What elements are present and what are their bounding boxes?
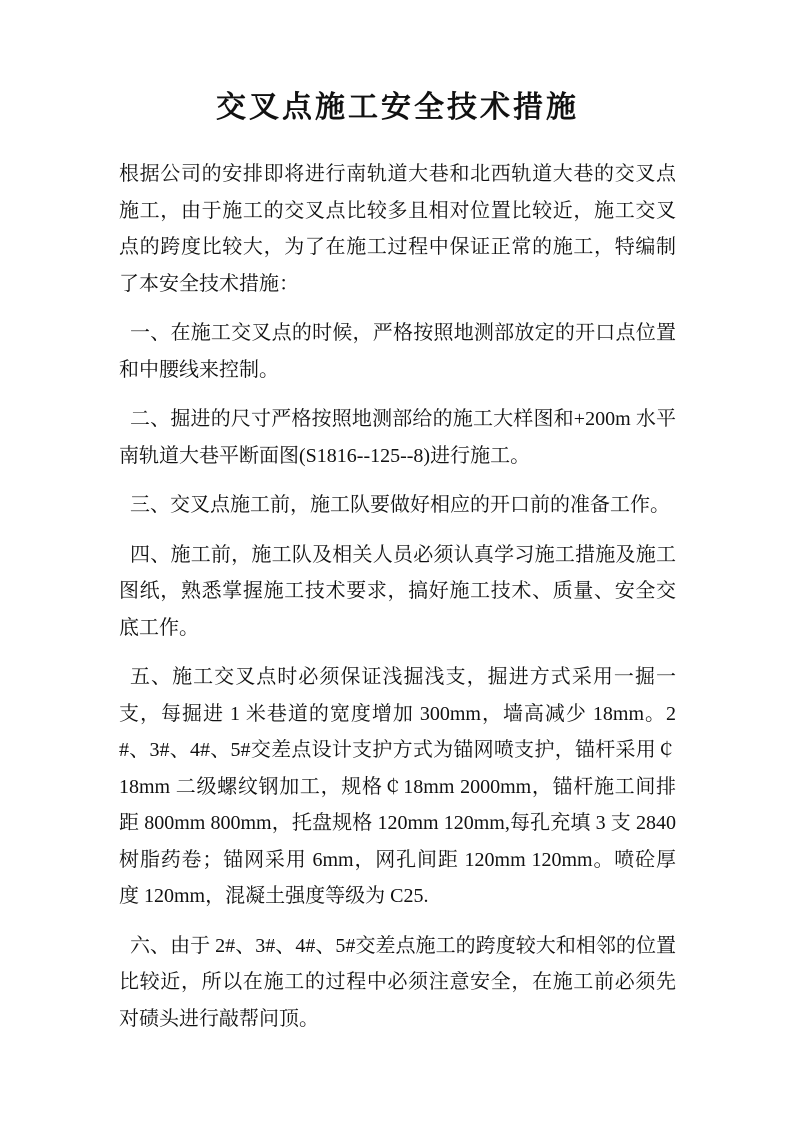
measure-item-5: 五、施工交叉点时必须保证浅掘浅支，掘进方式采用一掘一支，每掘进 1 米巷道的宽度… xyxy=(119,659,676,915)
measure-item-1: 一、在施工交叉点的时候，严格按照地测部放定的开口点位置和中腰线来控制。 xyxy=(119,315,676,388)
measure-item-3: 三、交叉点施工前，施工队要做好相应的开口前的准备工作。 xyxy=(119,487,676,524)
document-page: 交叉点施工安全技术措施 根据公司的安排即将进行南轨道大巷和北西轨道大巷的交叉点施… xyxy=(0,0,793,1122)
measure-item-4: 四、施工前，施工队及相关人员必须认真学习施工措施及施工图纸，熟悉掌握施工技术要求… xyxy=(119,537,676,647)
document-title: 交叉点施工安全技术措施 xyxy=(119,88,676,128)
intro-paragraph: 根据公司的安排即将进行南轨道大巷和北西轨道大巷的交叉点施工，由于施工的交叉点比较… xyxy=(119,156,676,302)
measure-item-6: 六、由于 2#、3#、4#、5#交差点施工的跨度较大和相邻的位置比较近，所以在施… xyxy=(119,928,676,1038)
measure-item-2: 二、掘进的尺寸严格按照地测部给的施工大样图和+200m 水平南轨道大巷平断面图(… xyxy=(119,401,676,474)
